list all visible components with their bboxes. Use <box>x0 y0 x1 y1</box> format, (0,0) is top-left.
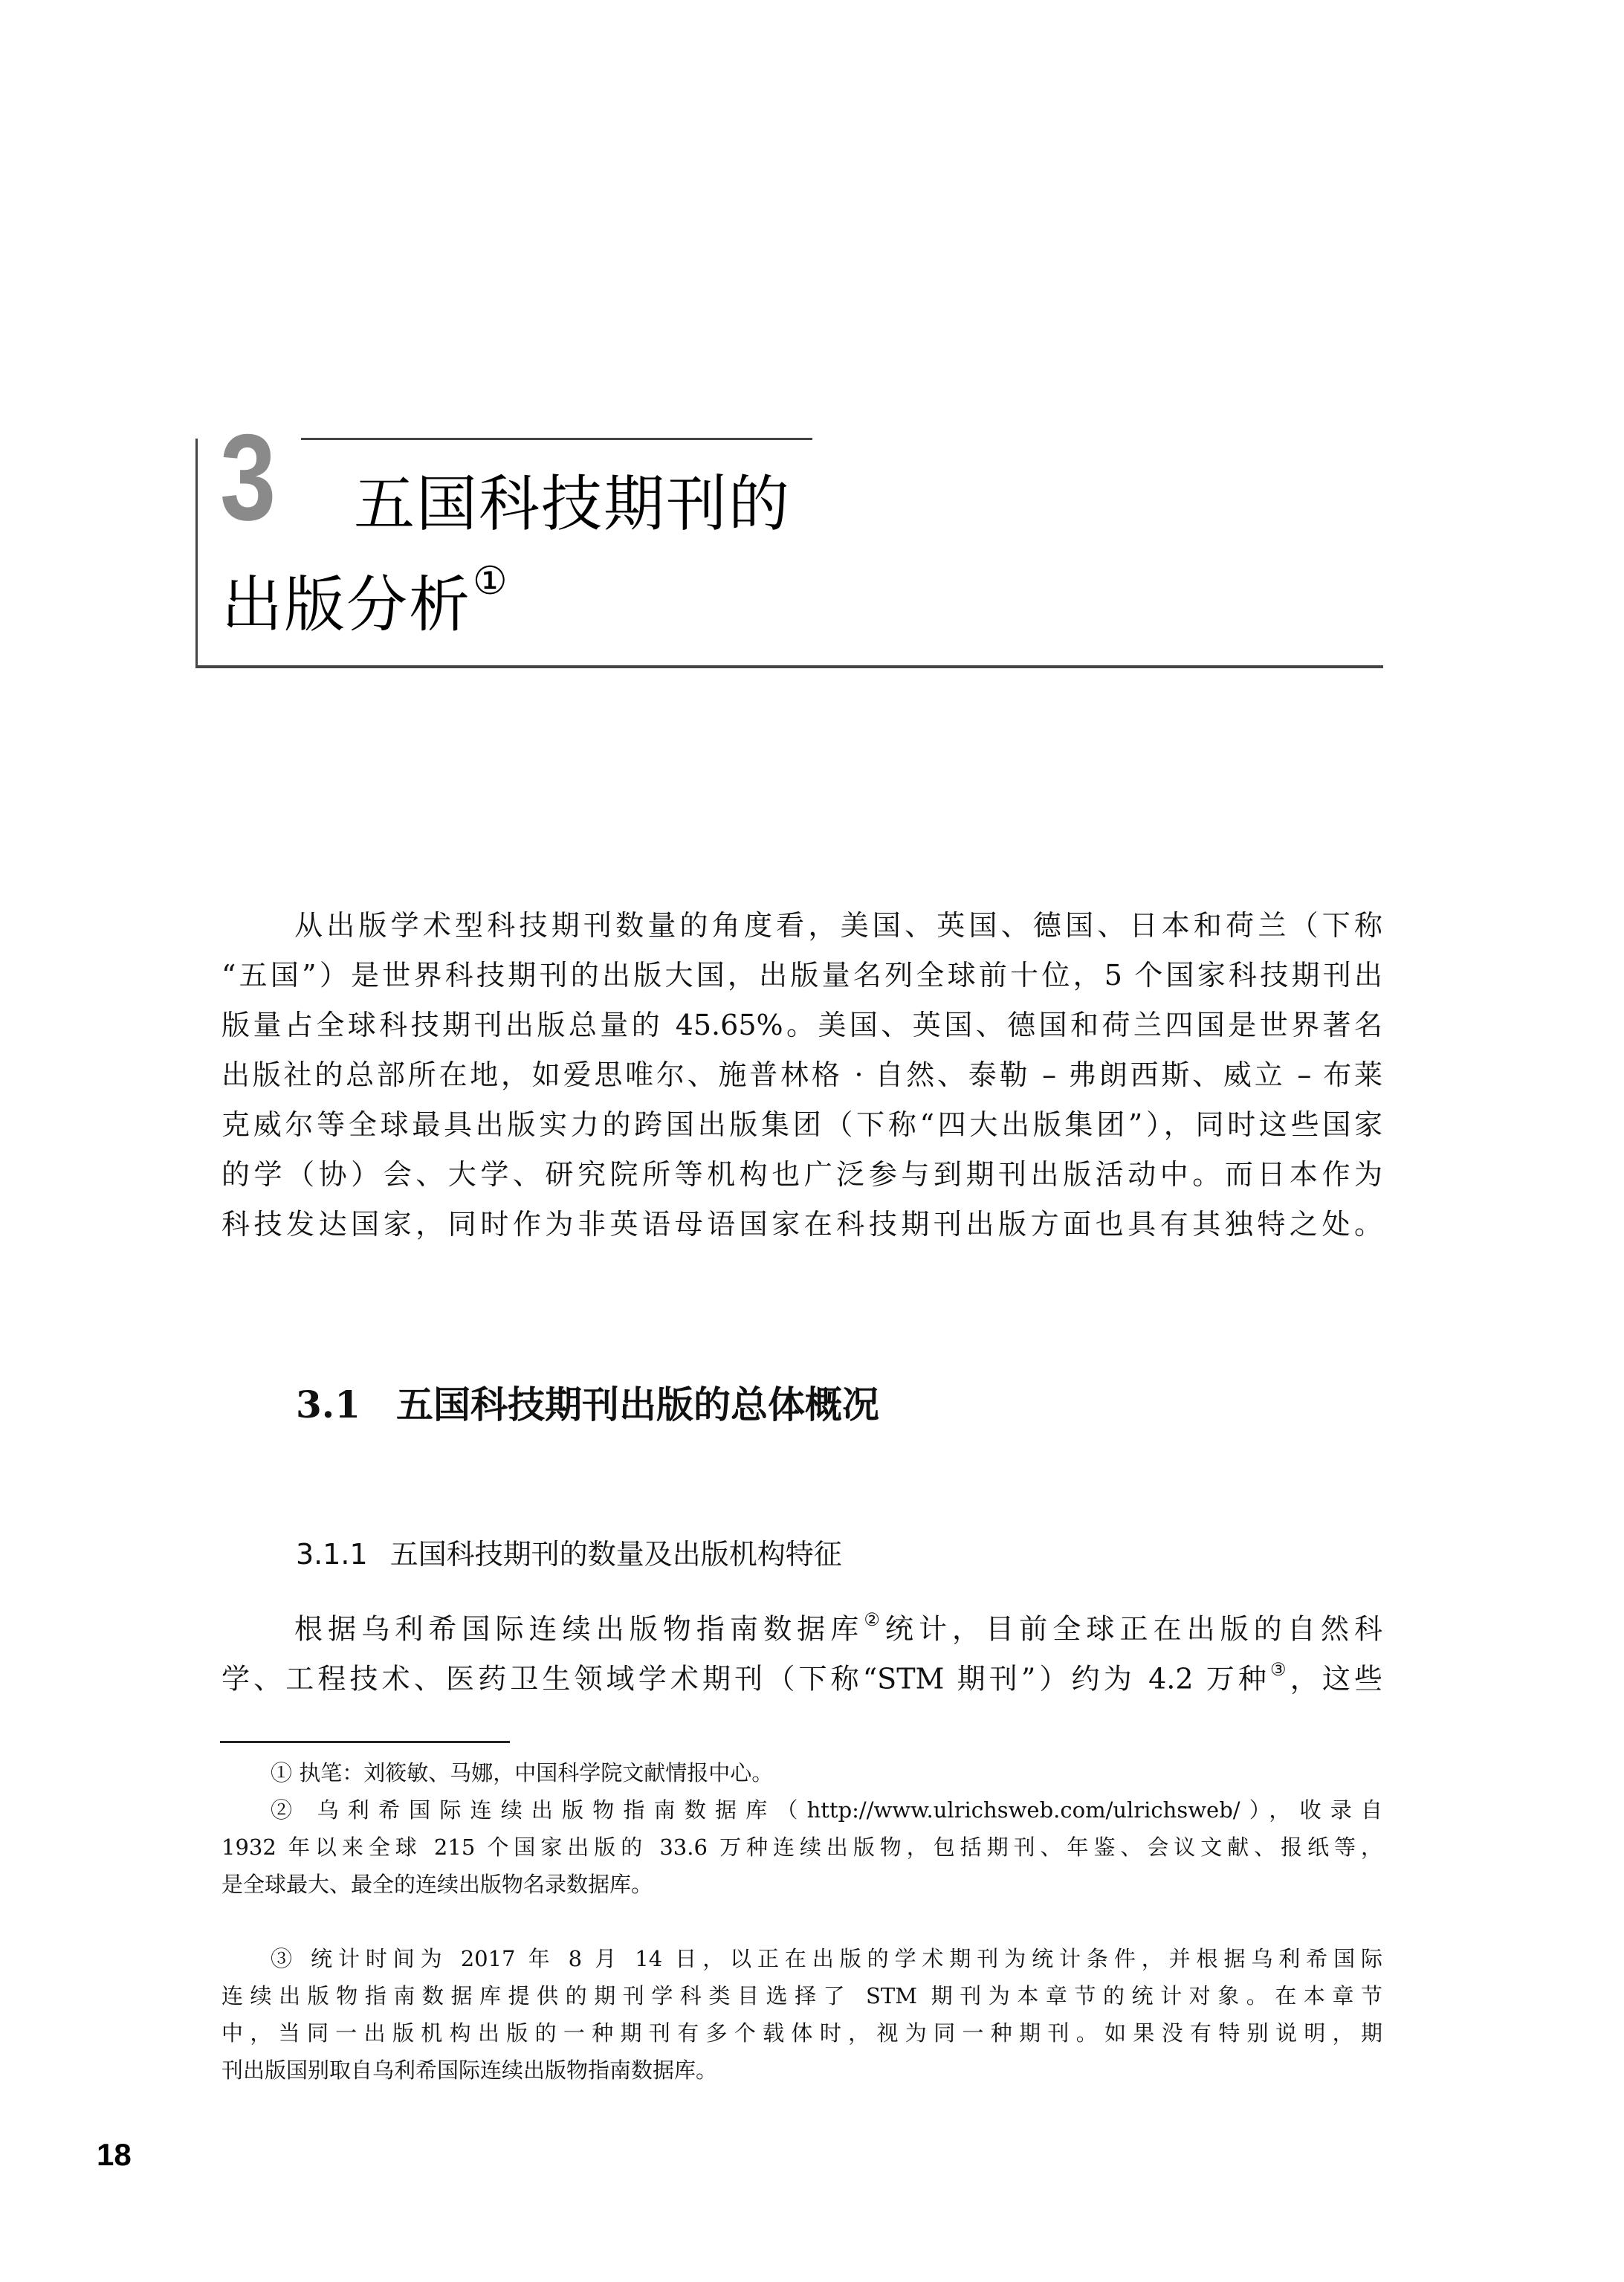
footnote-line: 是全球最大、最全的连续出版物名录数据库。 <box>221 1866 1382 1903</box>
body-paragraph: 根据乌利希国际连续出版物指南数据库②统计，目前全球正在出版的自然科 学、工程技术… <box>221 1598 1382 1698</box>
chapter-footnote-ref[interactable]: ① <box>473 559 509 604</box>
page-number: 18 <box>97 2137 132 2173</box>
paragraph-line: “五国”）是世界科技期刊的出版大国，出版量名列全球前十位，5 个国家科技期刊出 <box>221 951 1382 1001</box>
intro-paragraph: 从出版学术型科技期刊数量的角度看，美国、英国、德国、日本和荷兰（下称 “五国”）… <box>221 901 1382 1250</box>
chapter-vertical-rule <box>195 439 198 668</box>
chapter-number: 3 <box>220 416 274 539</box>
text-run: 学、工程技术、医药卫生领域学术期刊（下称“STM 期刊”）约为 4.2 万种 <box>221 1663 1270 1696</box>
text-run: ，这些 <box>1290 1663 1382 1696</box>
chapter-title-line2: 出版分析① <box>221 572 509 636</box>
footnote-line: 中，当同一出版机构出版的一种期刊有多个载体时，视为同一种期刊。如果没有特别说明，… <box>221 2014 1382 2052</box>
text-run: 统计，目前全球正在出版的自然科 <box>885 1613 1382 1646</box>
text-run: 根据乌利希国际连续出版物指南数据库 <box>294 1613 864 1646</box>
footnote-2: ② 乌利希国际连续出版物指南数据库（http://www.ulrichsweb.… <box>221 1791 1382 1903</box>
paragraph-line: 根据乌利希国际连续出版物指南数据库②统计，目前全球正在出版的自然科 <box>221 1598 1382 1648</box>
paragraph-line: 版量占全球科技期刊出版总量的 45.65%。美国、英国、德国和荷兰四国是世界著名 <box>221 1001 1382 1050</box>
paragraph-line: 从出版学术型科技期刊数量的角度看，美国、英国、德国、日本和荷兰（下称 <box>221 901 1382 951</box>
footnote-separator <box>220 1741 510 1743</box>
footnote-ref-2[interactable]: ② <box>864 1609 885 1630</box>
paragraph-line: 科技发达国家，同时作为非英语母语国家在科技期刊出版方面也具有其独特之处。 <box>221 1200 1382 1250</box>
footnote-line: ① 执笔：刘筱敏、马娜，中国科学院文献情报中心。 <box>221 1754 1382 1791</box>
chapter-bottom-rule <box>195 665 1383 668</box>
footnote-line: 1932 年以来全球 215 个国家出版的 33.6 万种连续出版物，包括期刊、… <box>221 1829 1382 1866</box>
subsection-number: 3.1.1 <box>296 1538 368 1571</box>
chapter-title-line1: 五国科技期刊的 <box>354 474 791 535</box>
footnote-1: ① 执笔：刘筱敏、马娜，中国科学院文献情报中心。 <box>221 1754 1382 1791</box>
footnote-ref-3[interactable]: ③ <box>1270 1659 1290 1680</box>
subsection-heading: 3.1.1五国科技期刊的数量及出版机构特征 <box>296 1531 842 1572</box>
paragraph-line: 克威尔等全球最具出版实力的跨国出版集团（下称“四大出版集团”），同时这些国家 <box>221 1100 1382 1150</box>
footnote-line: ② 乌利希国际连续出版物指南数据库（http://www.ulrichsweb.… <box>221 1791 1382 1829</box>
footnote-3: ③ 统计时间为 2017 年 8 月 14 日，以正在出版的学术期刊为统计条件，… <box>221 1940 1382 2089</box>
footnote-line: 刊出版国别取自乌利希国际连续出版物指南数据库。 <box>221 2052 1382 2089</box>
section-heading: 3.1五国科技期刊出版的总体概况 <box>296 1375 879 1429</box>
section-number: 3.1 <box>296 1383 360 1426</box>
chapter-top-rule <box>301 438 812 440</box>
footnote-line: 连续出版物指南数据库提供的期刊学科类目选择了 STM 期刊为本章节的统计对象。在… <box>221 1977 1382 2014</box>
paragraph-line: 出版社的总部所在地，如爱思唯尔、施普林格 · 自然、泰勒 – 弗朗西斯、威立 –… <box>221 1050 1382 1100</box>
paragraph-line: 学、工程技术、医药卫生领域学术期刊（下称“STM 期刊”）约为 4.2 万种③，… <box>221 1648 1382 1698</box>
paragraph-line: 的学（协）会、大学、研究院所等机构也广泛参与到期刊出版活动中。而日本作为 <box>221 1150 1382 1200</box>
footnote-line: ③ 统计时间为 2017 年 8 月 14 日，以正在出版的学术期刊为统计条件，… <box>221 1940 1382 1977</box>
section-title: 五国科技期刊出版的总体概况 <box>396 1383 879 1426</box>
subsection-title: 五国科技期刊的数量及出版机构特征 <box>390 1538 842 1571</box>
chapter-title-text: 出版分析 <box>221 569 471 640</box>
